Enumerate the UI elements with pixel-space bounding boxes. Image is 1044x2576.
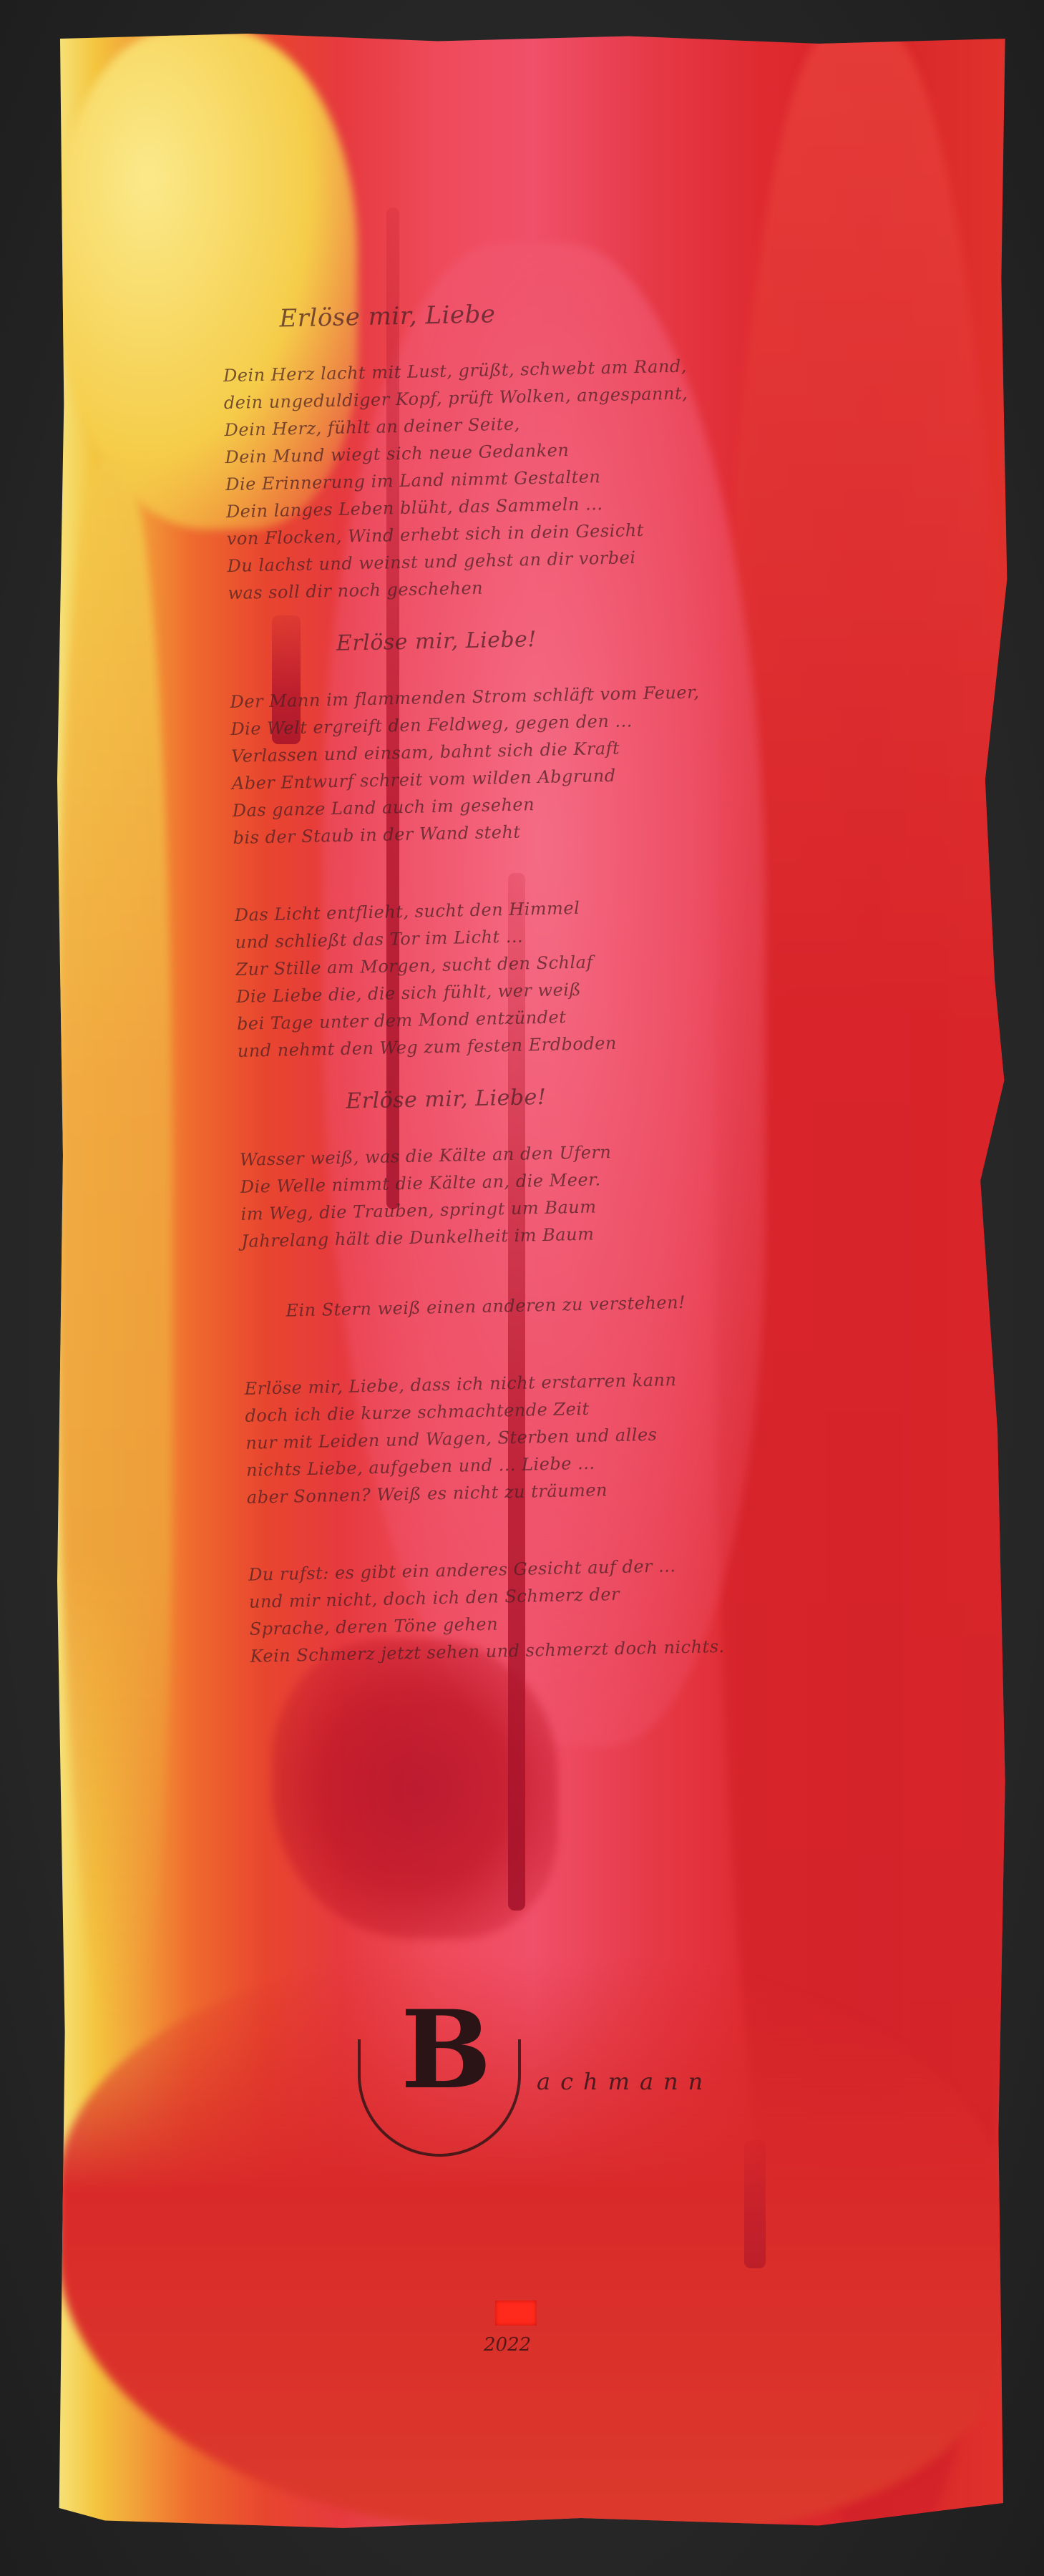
stanza-2: Der Mann im flammenden Strom schläft vom… xyxy=(230,677,777,852)
handwritten-poem: Erlöse mir, Liebe Dein Herz lacht mit Lu… xyxy=(222,295,794,1677)
stanza-1: Dein Herz lacht mit Lust, grüßt, schwebt… xyxy=(223,351,772,607)
stanza-5: Erlöse mir, Liebe, dass ich nicht erstar… xyxy=(244,1364,791,1511)
artist-signature: B achmann xyxy=(358,1996,930,2154)
left-yellow-wash xyxy=(57,458,172,2032)
signature-name: achmann xyxy=(537,2068,713,2095)
poem-line: Ein Stern weiß einen anderen zu verstehe… xyxy=(286,1287,787,1324)
stanza-3: Das Licht entflieht, sucht den Himmel un… xyxy=(234,890,781,1065)
red-seal-stamp xyxy=(495,2301,537,2326)
date-year: 2022 xyxy=(484,2334,555,2356)
refrain: Erlöse mir, Liebe! xyxy=(346,1079,783,1116)
stanza-4: Wasser weiß, was die Kälte an den Ufern … xyxy=(240,1135,787,1325)
refrain: Erlöse mir, Liebe! xyxy=(336,621,774,658)
signature-initial: B xyxy=(401,1996,492,2104)
paint-drip xyxy=(744,2140,766,2268)
stanza-6: Du rufst: es gibt ein anderes Gesicht au… xyxy=(248,1550,794,1670)
